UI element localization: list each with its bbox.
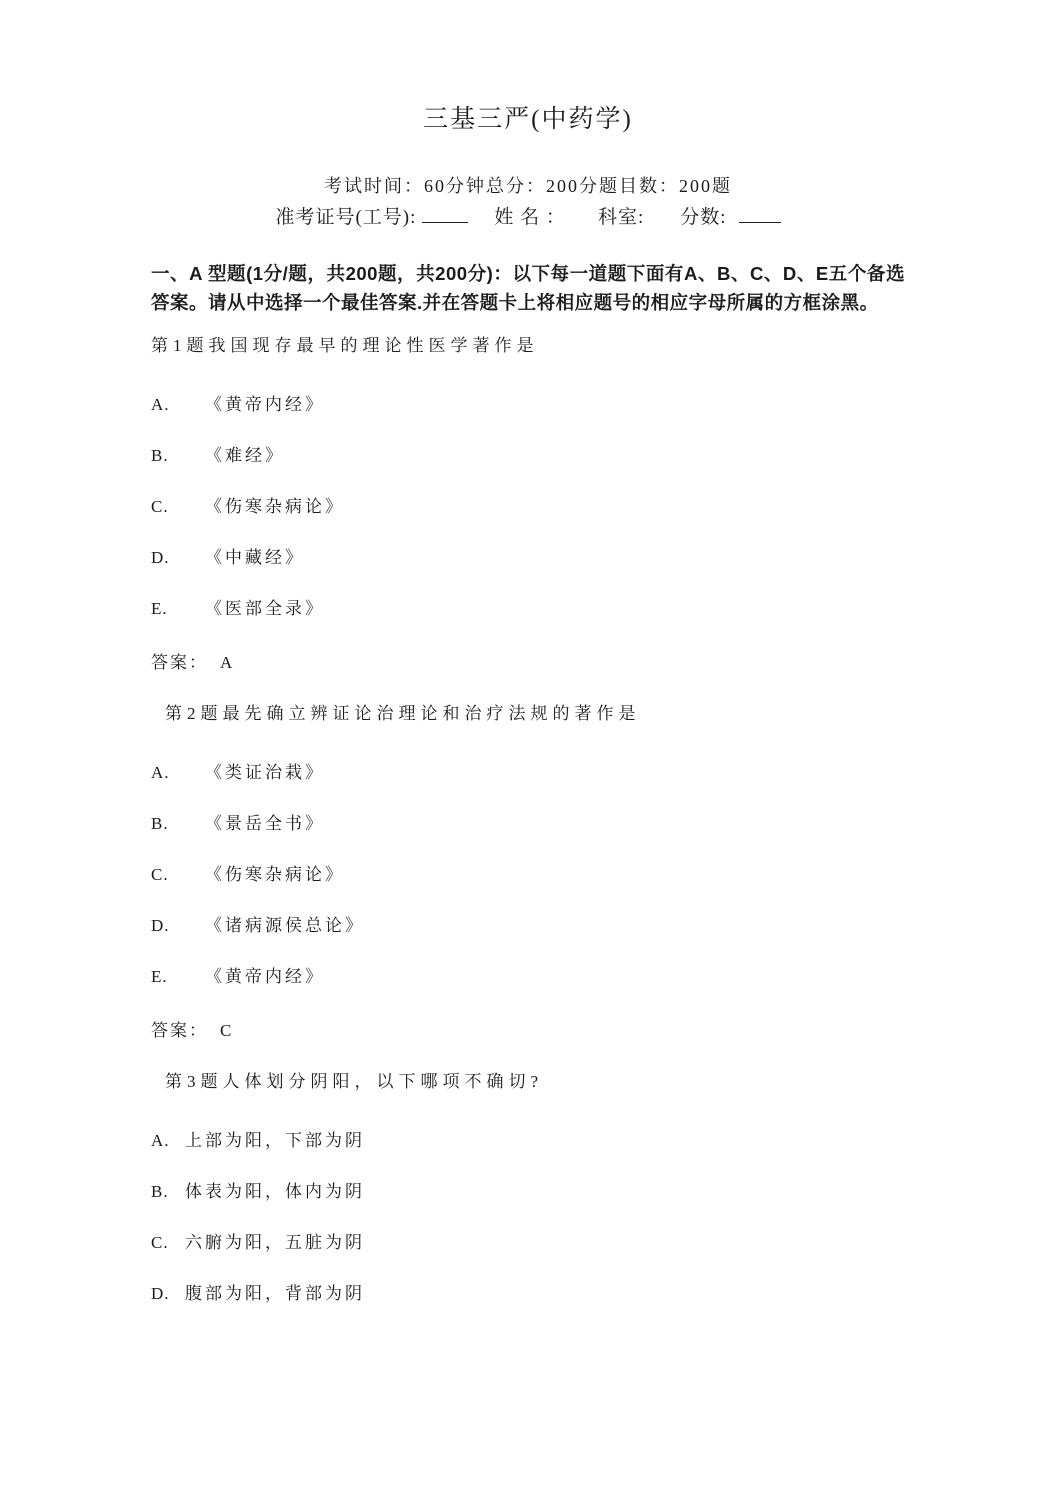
option-text: 《诸病源侯总论》 [205,917,365,935]
question-2: 第2题最先确立辨证论治理论和治疗法规的著作是 A. 《类证治栽》 B. 《景岳全… [151,705,905,1040]
option-letter: A. [151,396,205,414]
option-text: 《难经》 [205,447,285,465]
option-text: 腹部为阳，背部为阴 [185,1285,365,1303]
question-2-option-e: E. 《黄帝内经》 [151,968,905,986]
question-2-answer-row: 答案：C [151,1022,905,1040]
department-label: 科室: [598,207,644,228]
option-letter: C. [151,498,205,516]
question-1-title: 第1题我国现存最早的理论性医学著作是 [151,337,905,355]
option-text: 《伤寒杂病论》 [205,498,345,516]
question-2-option-a: A. 《类证治栽》 [151,764,905,782]
option-letter: E. [151,600,205,618]
option-text: 上部为阳，下部为阴 [185,1132,365,1150]
exam-document-page: 三基三严(中药学) 考试时间：60分钟总分：200分题目数：200题 准考证号(… [0,0,1056,1493]
answer-label: 答案： [151,1021,208,1040]
option-text: 六腑为阳，五脏为阴 [185,1234,365,1252]
question-1: 第1题我国现存最早的理论性医学著作是 A. 《黄帝内经》 B. 《难经》 C. … [151,337,905,672]
option-letter: C. [151,866,205,884]
question-3-option-b: B. 体表为阳，体内为阴 [151,1183,905,1201]
option-letter: C. [151,1234,185,1252]
question-1-option-a: A. 《黄帝内经》 [151,396,905,414]
question-1-option-c: C. 《伤寒杂病论》 [151,498,905,516]
option-letter: D. [151,549,205,567]
exam-meta-line: 考试时间：60分钟总分：200分题目数：200题 [151,176,905,197]
answer-value: C [220,1021,233,1040]
section-a-instructions: 一、A 型题(1分/题，共200题，共200分)：以下每一道题下面有A、B、C、… [151,259,905,317]
exam-id-label: 准考证号(工号): [275,207,416,228]
option-text: 《中藏经》 [205,549,305,567]
score-blank-line [739,205,781,223]
score-label: 分数: [680,207,726,228]
question-1-option-d: D. 《中藏经》 [151,549,905,567]
option-letter: B. [151,447,205,465]
option-text: 《类证治栽》 [205,764,325,782]
candidate-info-line: 准考证号(工号):姓 名 ：科室:分数: [151,205,905,230]
question-1-option-e: E. 《医部全录》 [151,600,905,618]
option-letter: D. [151,917,205,935]
question-2-title: 第2题最先确立辨证论治理论和治疗法规的著作是 [151,705,905,723]
option-letter: B. [151,815,205,833]
question-1-answer-row: 答案：A [151,654,905,672]
question-1-option-b: B. 《难经》 [151,447,905,465]
option-text: 《医部全录》 [205,600,325,618]
question-2-option-b: B. 《景岳全书》 [151,815,905,833]
option-letter: B. [151,1183,185,1201]
question-2-option-d: D. 《诸病源侯总论》 [151,917,905,935]
option-letter: E. [151,968,205,986]
name-label: 姓 名 ： [494,207,566,228]
option-letter: D. [151,1285,185,1303]
question-3-title: 第3题人体划分阴阳，以下哪项不确切? [151,1073,905,1091]
option-letter: A. [151,1132,185,1150]
question-3-option-d: D. 腹部为阳，背部为阴 [151,1285,905,1303]
answer-value: A [220,653,234,672]
answer-label: 答案： [151,653,208,672]
option-text: 体表为阳，体内为阴 [185,1183,365,1201]
option-text: 《黄帝内经》 [205,968,325,986]
question-3-option-a: A. 上部为阳，下部为阴 [151,1132,905,1150]
question-3: 第3题人体划分阴阳，以下哪项不确切? A. 上部为阳，下部为阴 B. 体表为阳，… [151,1073,905,1303]
option-letter: A. [151,764,205,782]
question-2-option-c: C. 《伤寒杂病论》 [151,866,905,884]
question-3-option-c: C. 六腑为阳，五脏为阴 [151,1234,905,1252]
option-text: 《伤寒杂病论》 [205,866,345,884]
option-text: 《景岳全书》 [205,815,325,833]
option-text: 《黄帝内经》 [205,396,325,414]
exam-id-blank-line [422,205,468,223]
exam-title: 三基三严(中药学) [151,107,905,133]
